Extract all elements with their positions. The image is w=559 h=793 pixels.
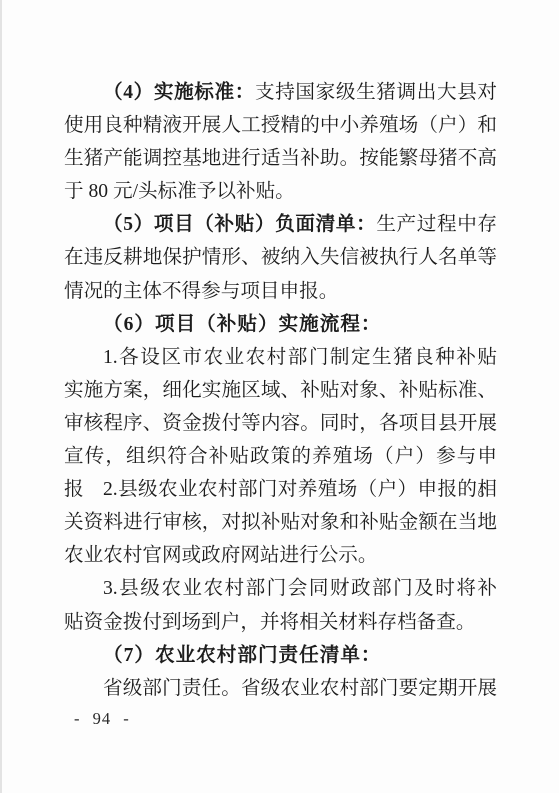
paragraph-line: 省级部门责任。省级农业农村部门要定期开展 [64,672,497,705]
body-text: 2.县级农业农村部门对养殖场（户）申报的相 [103,479,497,500]
heading-4-implementation-standard: （4）实施标准： [103,82,255,103]
page-number: - 94 - [74,709,130,729]
paragraph-line: （5）项目（补贴）负面清单：生产过程中存 [64,208,497,241]
heading-5-negative-list: （5）项目（补贴）负面清单： [103,214,376,235]
paragraph-line: 2.县级农业农村部门对养殖场（户）申报的相 [64,473,497,506]
paragraph-line: 宣传，组织符合补贴政策的养殖场（户）参与申报。 [64,440,497,473]
paragraph-line: 于 80 元/头标准予以补贴。 [64,175,497,208]
paragraph-line: 情况的主体不得参与项目申报。 [64,275,497,308]
body-text: 省级部门责任。省级农业农村部门要定期开展 [103,678,497,699]
document-page: （4）实施标准：支持国家级生猪调出大县对 使用良种精液开展人工授精的中小养殖场（… [0,0,559,793]
body-text: 关资料进行审核，对拟补贴对象和补贴金额在当地 [64,512,497,533]
paragraph-line: 在违反耕地保护情形、被纳入失信被执行人名单等 [64,241,497,274]
paragraph-line: （6）项目（补贴）实施流程： [64,308,497,341]
scan-edge-artifact [0,0,2,793]
paragraph-line: 生猪产能调控基地进行适当补助。按能繁母猪不高 [64,142,497,175]
body-text: 实施方案，细化实施区域、补贴对象、补贴标准、 [64,380,497,401]
body-text: 审核程序、资金拨付等内容。同时，各项目县开展 [64,413,497,434]
body-text: 支持国家级生猪调出大县对 [255,82,497,103]
paragraph-line: 农业农村官网或政府网站进行公示。 [64,539,497,572]
paragraph-line: 贴资金拨付到场到户，并将相关材料存档备查。 [64,606,497,639]
paragraph-line: 使用良种精液开展人工授精的中小养殖场（户）和 [64,109,497,142]
body-text: 3.县级农业农村部门会同财政部门及时将补 [103,578,497,599]
paragraph-line: 实施方案，细化实施区域、补贴对象、补贴标准、 [64,374,497,407]
heading-6-implementation-process: （6）项目（补贴）实施流程： [103,314,382,335]
paragraph-line: （4）实施标准：支持国家级生猪调出大县对 [64,76,497,109]
body-text: 在违反耕地保护情形、被纳入失信被执行人名单等 [64,247,497,268]
body-text: 贴资金拨付到场到户，并将相关材料存档备查。 [64,612,475,633]
body-text: 农业农村官网或政府网站进行公示。 [64,545,378,566]
body-text: 情况的主体不得参与项目申报。 [64,281,338,302]
body-text: 生产过程中存 [376,214,497,235]
paragraph-line: 审核程序、资金拨付等内容。同时，各项目县开展 [64,407,497,440]
body-text: 使用良种精液开展人工授精的中小养殖场（户）和 [64,115,497,136]
body-text: 生猪产能调控基地进行适当补助。按能繁母猪不高 [64,148,497,169]
body-text: 于 80 元/头标准予以补贴。 [64,181,295,202]
paragraph-line: 关资料进行审核，对拟补贴对象和补贴金额在当地 [64,506,497,539]
paragraph-line: 1.各设区市农业农村部门制定生猪良种补贴 [64,341,497,374]
paragraph-line: 3.县级农业农村部门会同财政部门及时将补 [64,572,497,605]
heading-7-responsibility-list: （7）农业农村部门责任清单： [103,645,382,666]
body-text: 1.各设区市农业农村部门制定生猪良种补贴 [103,347,497,368]
document-body: （4）实施标准：支持国家级生猪调出大县对 使用良种精液开展人工授精的中小养殖场（… [64,76,497,705]
paragraph-line: （7）农业农村部门责任清单： [64,639,497,672]
